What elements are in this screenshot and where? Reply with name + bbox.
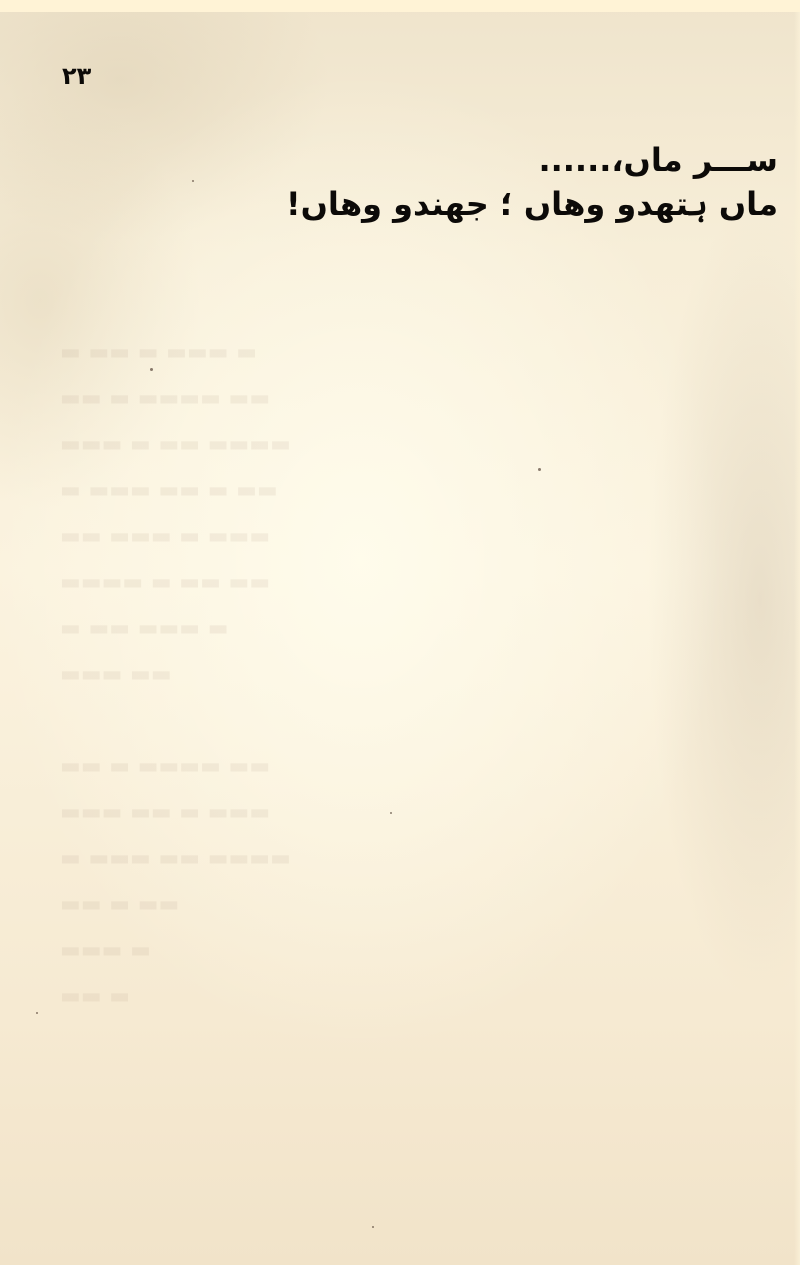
text-line-1: ســـر ماں،...... <box>298 138 778 182</box>
text-line-2: ماں ہتھدو وھاں ؛ جھندو وھاں! <box>298 182 778 226</box>
paper-speck <box>372 1226 374 1228</box>
paper-speck <box>390 812 392 814</box>
paper-speck <box>538 468 541 471</box>
paper-speck <box>192 180 194 182</box>
scan-top-border <box>0 0 800 12</box>
book-page: ▬ ▬▬ ▬ ▬▬▬ ▬ ▬▬ ▬ ▬▬▬▬ ▬▬ ▬▬▬ ▬ ▬▬ ▬▬▬▬ … <box>0 0 800 1265</box>
paper-speck <box>36 1012 38 1014</box>
show-through-text: ▬ ▬▬ ▬ ▬▬▬ ▬ ▬▬ ▬ ▬▬▬▬ ▬▬ ▬▬▬ ▬ ▬▬ ▬▬▬▬ … <box>60 330 700 1210</box>
page-number: ۲۳ <box>62 62 91 90</box>
poem-text: ســـر ماں،...... ماں ہتھدو وھاں ؛ جھندو … <box>298 138 778 226</box>
paper-speck <box>150 368 153 371</box>
page-edge <box>794 12 800 1265</box>
